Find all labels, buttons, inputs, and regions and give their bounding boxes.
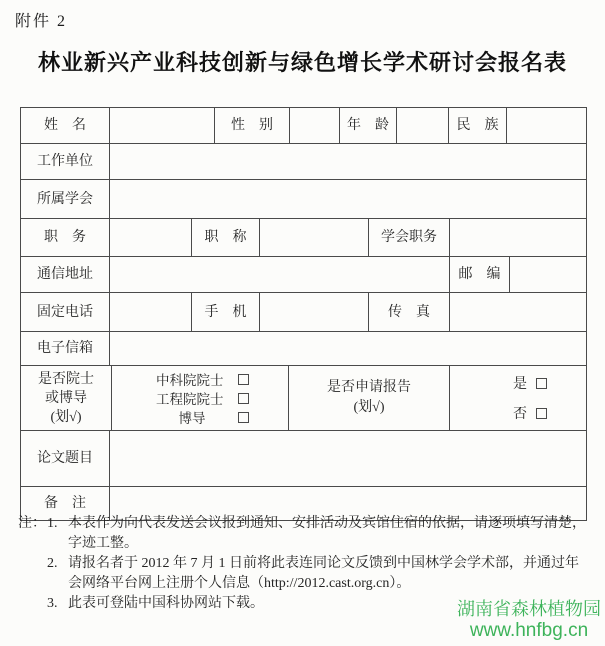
note-item-1: 注： 1. 本表作为向代表发送会议报到通知、安排活动及宾馆住宿的依据，请逐项填写… xyxy=(18,514,590,554)
academician-question-line2: 或博导 xyxy=(45,389,87,408)
report-request-label: 是否申请报告 (划√) xyxy=(288,366,449,430)
fax-value-cell xyxy=(449,293,586,331)
mobile-label: 手 机 xyxy=(191,293,259,331)
note-number: 3. xyxy=(47,594,68,614)
landline-label: 固定电话 xyxy=(21,293,109,331)
report-no-option: 否 xyxy=(513,403,547,423)
page-title: 林业新兴产业科技创新与绿色增长学术研讨会报名表 xyxy=(0,46,605,77)
address-value-cell xyxy=(109,257,449,292)
name-label: 姓 名 xyxy=(21,108,109,143)
notes-prefix: 注： xyxy=(18,514,47,534)
row-work-unit: 工作单位 xyxy=(21,143,586,179)
report-request-line2: (划√) xyxy=(353,398,384,418)
society-value-cell xyxy=(109,180,586,218)
cae-academician-option: 工程院院士 xyxy=(156,389,249,408)
checkbox-icon xyxy=(536,408,547,419)
work-unit-label: 工作单位 xyxy=(21,144,109,179)
doctoral-supervisor-option: 博导 xyxy=(156,408,249,427)
report-yes-no-cell: 是 否 xyxy=(449,366,586,430)
report-no-label: 否 xyxy=(513,403,527,423)
row-personal: 姓 名 性 别 年 龄 民 族 xyxy=(21,108,586,143)
position-value-cell xyxy=(109,219,191,256)
landline-value-cell xyxy=(109,293,191,331)
society-label: 所属学会 xyxy=(21,180,109,218)
note-text: 本表作为向代表发送会议报到通知、安排活动及宾馆住宿的依据，请逐项填写清楚，字迹工… xyxy=(68,514,590,554)
report-request-line1: 是否申请报告 xyxy=(327,378,411,398)
cas-academician-label: 中科院院士 xyxy=(156,369,228,389)
checkbox-icon xyxy=(536,378,547,389)
prof-title-label: 职 称 xyxy=(191,219,259,256)
attachment-label: 附件 2 xyxy=(15,8,67,31)
watermark-site-name: 湖南省森林植物园 xyxy=(457,599,601,620)
checkbox-icon xyxy=(238,374,249,385)
fax-label: 传 真 xyxy=(368,293,449,331)
row-academician: 是否院士 或博导 (划√) 中科院院士 工程院院士 博导 是否申请报告 (划√) xyxy=(21,365,586,430)
prof-title-value-cell xyxy=(259,219,368,256)
address-label: 通信地址 xyxy=(21,257,109,292)
age-value-cell xyxy=(396,108,448,143)
name-value-cell xyxy=(109,108,214,143)
postcode-label: 邮 编 xyxy=(449,257,509,292)
note-number: 2. xyxy=(47,554,68,574)
society-position-label: 学会职务 xyxy=(368,219,449,256)
postcode-value-cell xyxy=(509,257,586,292)
row-paper-title: 论文题目 xyxy=(21,430,586,486)
note-item-2: 2. 请报名者于 2012 年 7 月 1 日前将此表连同论文反馈到中国林学会学… xyxy=(18,554,590,594)
ethnicity-label: 民 族 xyxy=(448,108,506,143)
row-society: 所属学会 xyxy=(21,179,586,218)
row-address: 通信地址 邮 编 xyxy=(21,256,586,292)
row-email: 电子信箱 xyxy=(21,331,586,365)
academician-question-label: 是否院士 或博导 (划√) xyxy=(21,366,111,430)
society-position-value-cell xyxy=(449,219,586,256)
paper-title-label: 论文题目 xyxy=(21,431,109,486)
gender-value-cell xyxy=(289,108,339,143)
academician-question-line1: 是否院士 xyxy=(38,370,94,389)
watermark-site-url: www.hnfbg.cn xyxy=(457,620,601,641)
age-label: 年 龄 xyxy=(339,108,396,143)
note-number: 1. xyxy=(47,514,68,534)
email-label: 电子信箱 xyxy=(21,332,109,365)
watermark: 湖南省森林植物园 www.hnfbg.cn xyxy=(457,599,601,641)
row-position: 职 务 职 称 学会职务 xyxy=(21,218,586,256)
doctoral-supervisor-label: 博导 xyxy=(156,407,228,427)
report-yes-label: 是 xyxy=(513,373,527,393)
cae-academician-label: 工程院院士 xyxy=(156,388,228,408)
paper-title-value-cell xyxy=(109,431,586,486)
note-text: 请报名者于 2012 年 7 月 1 日前将此表连同论文反馈到中国林学会学术部，… xyxy=(68,554,590,594)
cas-academician-option: 中科院院士 xyxy=(156,370,249,389)
checkbox-icon xyxy=(238,393,249,404)
academician-options: 中科院院士 工程院院士 博导 xyxy=(111,366,288,430)
ethnicity-value-cell xyxy=(506,108,586,143)
email-value-cell xyxy=(109,332,586,365)
academician-question-line3: (划√) xyxy=(50,408,81,427)
mobile-value-cell xyxy=(259,293,368,331)
position-label: 职 务 xyxy=(21,219,109,256)
checkbox-icon xyxy=(238,412,249,423)
gender-label: 性 别 xyxy=(214,108,289,143)
report-yes-option: 是 xyxy=(513,373,547,393)
row-phone: 固定电话 手 机 传 真 xyxy=(21,292,586,331)
registration-form-table: 姓 名 性 别 年 龄 民 族 工作单位 所属学会 职 务 职 称 学会职务 通… xyxy=(20,107,587,521)
work-unit-value-cell xyxy=(109,144,586,179)
